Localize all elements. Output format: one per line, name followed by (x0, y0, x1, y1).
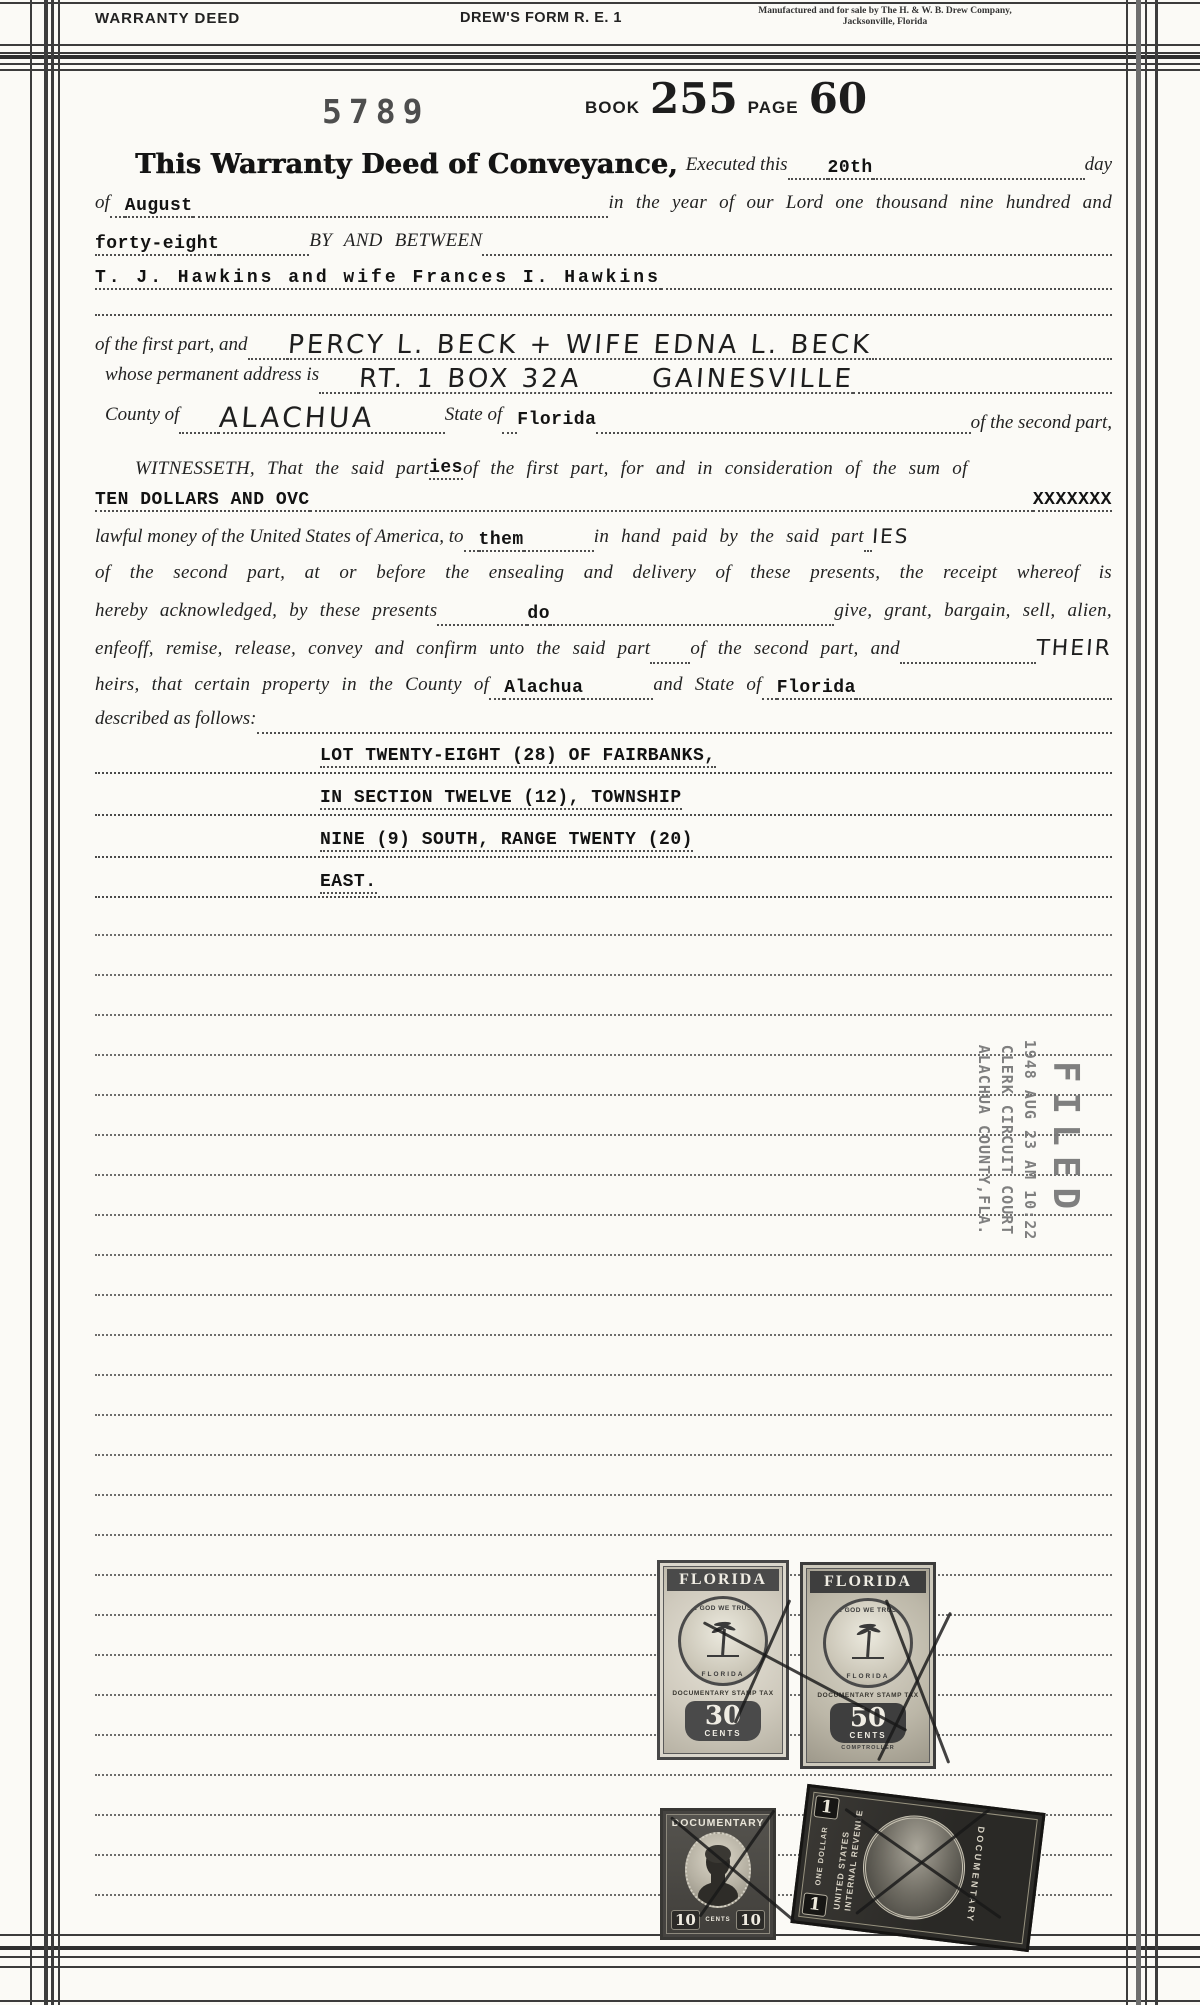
dotted-leader (179, 430, 219, 434)
county-typed: Alachua (504, 678, 583, 700)
form-title-left: WARRANTY DEED (95, 10, 240, 27)
florida-30c-stamp: FLORIDA IN GOD WE TRUST FLORIDA DOCUMENT… (657, 1560, 789, 1760)
ruled-line (95, 1334, 1112, 1336)
seal-motto: IN GOD WE TRUST (681, 1605, 765, 1612)
ruled-line (95, 1374, 1112, 1376)
deed-line-grantor: T. J. Hawkins and wife Frances I. Hawkin… (95, 262, 1112, 290)
acknowledged-post: give, grant, bargain, sell, alien, (834, 600, 1112, 626)
dotted-leader (375, 430, 445, 434)
border-line (0, 52, 1200, 54)
state-seal: IN GOD WE TRUST FLORIDA (823, 1598, 913, 1688)
us-10c-face: DOCUMENTARY 10 CENTS 10 (666, 1814, 770, 1934)
page-label: PAGE (748, 98, 799, 118)
stamp-type-label: DOCUMENTARY STAMP TAX (672, 1690, 773, 1697)
deed-line-county-state: County of ALACHUA State of Florida of th… (95, 398, 1112, 434)
ruled-line (95, 1454, 1112, 1456)
ruled-line (95, 1414, 1112, 1416)
dotted-leader (550, 622, 834, 626)
stamp-numeral-top: 1 (813, 1795, 840, 1820)
state-value: Florida (517, 410, 596, 434)
dotted-leader (873, 176, 1085, 180)
grantee-name-handwritten: PERCY L. BECK + WIFE EDNA L. BECK (287, 332, 873, 360)
deed-line-consideration: TEN DOLLARS AND OVC XXXXXXX (95, 486, 1112, 512)
description-text: LOT TWENTY-EIGHT (28) OF FAIRBANKS, (320, 746, 716, 768)
address-handwritten: RT. 1 BOX 32A (358, 366, 582, 394)
stamp-value-right: 10 (736, 1910, 765, 1930)
deed-line-blank (95, 296, 1112, 316)
description-text: IN SECTION TWELVE (12), TOWNSHIP (320, 788, 682, 810)
ruled-line (95, 1014, 1112, 1016)
stamp-numeral-bottom: 1 (802, 1892, 829, 1917)
their-handwritten: THEIR (1035, 638, 1112, 664)
form-number: DREW'S FORM R. E. 1 (460, 10, 622, 26)
border-line (0, 44, 1200, 46)
lawful-post: in hand paid by the said part (594, 526, 864, 552)
ies-handwritten: IES (871, 526, 910, 552)
enfeoff-mid: of the second part, and (690, 638, 900, 664)
state-label: State of (445, 404, 503, 434)
dotted-leader (482, 252, 1112, 256)
state-seal: IN GOD WE TRUST FLORIDA (678, 1596, 768, 1686)
executed-this-label: Executed this (686, 154, 788, 180)
witnesseth-post: of the first part, for and in considerat… (463, 458, 968, 480)
filed-stamp-text: FILED 1948 AUG 23 AM 10:22 CLERK CIRCUIT… (905, 1015, 1155, 1265)
dotted-leader (219, 252, 309, 256)
deed-line-enfeoff: enfeoff, remise, release, convey and con… (95, 634, 1112, 664)
filed-date: 1948 AUG 23 AM 10:22 (1018, 1015, 1041, 1265)
stamp-unit: CENTS (705, 1917, 730, 1923)
publisher-line2: Jacksonville, Florida (700, 17, 1070, 28)
consideration-amount: TEN DOLLARS AND OVC (95, 490, 310, 512)
do-typed: do (527, 604, 550, 626)
day-label: day (1085, 154, 1112, 180)
deed-line-heirs: heirs, that certain property in the Coun… (95, 672, 1112, 700)
filed-word: FILED (1041, 1015, 1088, 1265)
ruled-line (95, 1054, 1112, 1056)
dotted-leader (464, 548, 479, 552)
property-description-line: EAST. (95, 872, 1112, 898)
us-1-dollar-documentary-stamp: 1 ONE DOLLAR 1 UNITED STATES INTERNAL RE… (790, 1784, 1045, 1952)
grantor-name: T. J. Hawkins and wife Frances I. Hawkin… (95, 268, 661, 290)
border-line (1145, 0, 1147, 2005)
dotted-leader (95, 312, 1112, 316)
lawful-pre: lawful money of the United States of Ame… (95, 526, 464, 552)
border-line (0, 55, 1200, 59)
stamp-unit: CENTS (685, 1729, 761, 1738)
florida-50c-stamp: FLORIDA IN GOD WE TRUST FLORIDA DOCUMENT… (800, 1562, 936, 1769)
property-description-line: IN SECTION TWELVE (12), TOWNSHIP (95, 788, 1112, 816)
dotted-leader (257, 730, 1113, 734)
address-city-handwritten: GAINESVILLE (651, 366, 855, 394)
of-label: of (95, 192, 110, 218)
day-value: 20th (828, 158, 873, 180)
dotted-leader (582, 390, 652, 394)
deed-document-page: WARRANTY DEED DREW'S FORM R. E. 1 Manufa… (0, 0, 1200, 2005)
border-line (0, 1966, 1200, 1968)
deed-line-grantee: of the first part, and PERCY L. BECK + W… (95, 322, 1112, 360)
stamp-title: DOCUMENTARY (965, 1826, 987, 1924)
ruled-line (95, 1174, 1112, 1176)
property-description-line: LOT TWENTY-EIGHT (28) OF FAIRBANKS, (95, 746, 1112, 774)
state-typed: Florida (777, 678, 856, 700)
filed-county: ALACHUA COUNTY,FLA. (972, 1015, 995, 1265)
ruled-line (95, 1294, 1112, 1296)
property-description-line: NINE (9) SOUTH, RANGE TWENTY (20) (95, 830, 1112, 858)
ruled-line (95, 1654, 1112, 1656)
paid-to-typed: them (479, 530, 524, 552)
deed-line-acknowledged: hereby acknowledged, by these presents d… (95, 598, 1112, 626)
county-handwritten: ALACHUA (218, 404, 375, 434)
stamp-value: 30 (685, 1703, 761, 1729)
ruled-line (95, 934, 1112, 936)
border-line (0, 2, 1200, 4)
ruled-line (95, 1134, 1112, 1136)
month-value: August (125, 196, 193, 218)
seal-label: FLORIDA (681, 1671, 765, 1678)
witnesseth-pre: WITNESSETH, That the said part (95, 458, 429, 480)
deed-line-witnesseth: WITNESSETH, That the said part ies of th… (95, 452, 1112, 480)
deed-line-lawful-money: lawful money of the United States of Ame… (95, 522, 1112, 552)
ruled-line (95, 1734, 1112, 1736)
by-and-between-label: BY AND BETWEEN (309, 230, 482, 256)
dotted-leader (650, 660, 690, 664)
document-number-stamp: 5789 (322, 92, 429, 131)
portrait-icon (687, 1834, 749, 1906)
stamp-state-name: FLORIDA (810, 1571, 926, 1593)
ruled-line (95, 1094, 1112, 1096)
page-value: 60 (809, 74, 867, 123)
county-label: County of (95, 404, 179, 434)
filed-clerk: CLERK CIRCUIT COURT (995, 1015, 1018, 1265)
dotted-leader (310, 508, 1033, 512)
stamp-state-name: FLORIDA (667, 1569, 779, 1591)
year-text: in the year of our Lord one thousand nin… (608, 192, 1112, 218)
border-line (0, 1956, 1200, 1958)
stamp-unit: CENTS (830, 1731, 906, 1740)
ruled-line (95, 1214, 1112, 1216)
border-line (0, 69, 1200, 71)
heirs-pre: heirs, that certain property in the Coun… (95, 674, 489, 700)
border-line (44, 0, 48, 2005)
described-as-label: described as follows: (95, 708, 257, 734)
us-1-dollar-face: 1 ONE DOLLAR 1 UNITED STATES INTERNAL RE… (798, 1792, 1038, 1945)
ruled-line (95, 974, 1112, 976)
publisher-info: Manufactured and for sale by The H. & W.… (700, 6, 1070, 28)
deed-line-address: whose permanent address is RT. 1 BOX 32A… (95, 360, 1112, 394)
address-label: whose permanent address is (95, 364, 319, 394)
consideration-strikeout: XXXXXXX (1033, 490, 1112, 512)
dotted-leader (856, 696, 1112, 700)
dotted-leader (762, 696, 777, 700)
description-text: EAST. (320, 872, 377, 894)
dotted-leader (900, 660, 1036, 664)
stamp-denomination-row: 10 CENTS 10 (667, 1908, 769, 1930)
first-part-label: of the first part, and (95, 334, 248, 360)
deed-line-month: of August in the year of our Lord one th… (95, 188, 1112, 218)
acknowledged-pre: hereby acknowledged, by these presents (95, 600, 437, 626)
description-text: NINE (9) SOUTH, RANGE TWENTY (20) (320, 830, 693, 852)
stamp-denomination: ONE DOLLAR (813, 1826, 829, 1886)
book-page-stamp: BOOK 255 PAGE 60 (585, 74, 877, 123)
deed-line-described: described as follows: (95, 710, 1112, 734)
and-state-of-label: and State of (653, 674, 761, 700)
border-line (51, 0, 54, 2005)
parties-ies-typed: ies (429, 458, 463, 480)
seal-motto: IN GOD WE TRUST (826, 1607, 910, 1614)
dotted-leader (489, 696, 504, 700)
dotted-leader (583, 696, 653, 700)
seal-label: FLORIDA (826, 1673, 910, 1680)
deed-line-title: This Warranty Deed of Conveyance, Execut… (95, 148, 1112, 180)
ruled-line (95, 1774, 1112, 1776)
border-line (1126, 0, 1128, 2005)
dotted-leader (661, 286, 1112, 290)
ruled-line (95, 1574, 1112, 1576)
portrait-frame (685, 1832, 751, 1908)
border-line (0, 2000, 1200, 2002)
filed-stamp: FILED 1948 AUG 23 AM 10:22 CLERK CIRCUIT… (905, 1015, 1155, 1265)
ruled-line (95, 1694, 1112, 1696)
dotted-leader (596, 430, 970, 434)
deed-line-ensealing: of the second part, at or before the ens… (95, 562, 1112, 586)
dotted-leader (437, 622, 527, 626)
dotted-leader (502, 430, 517, 434)
ruled-line (95, 1494, 1112, 1496)
border-line (1155, 0, 1158, 2005)
dotted-leader (853, 390, 1112, 394)
border-line (0, 63, 1200, 65)
dotted-leader (193, 214, 609, 218)
year-value: forty-eight (95, 234, 219, 256)
border-line (1136, 0, 1141, 2005)
deed-line-year: forty-eight BY AND BETWEEN (95, 226, 1112, 256)
dotted-leader (110, 214, 125, 218)
dotted-leader (788, 176, 828, 180)
border-line (58, 0, 60, 2005)
border-line (30, 0, 32, 2005)
stamp-value-panel: 30 CENTS (685, 1701, 761, 1741)
ruled-line (95, 1534, 1112, 1536)
florida-30c-face: FLORIDA IN GOD WE TRUST FLORIDA DOCUMENT… (663, 1566, 783, 1754)
book-value: 255 (650, 74, 738, 123)
dotted-leader (524, 548, 594, 552)
publisher-line1: Manufactured and for sale by The H. & W.… (700, 6, 1070, 17)
enfeoff-pre: enfeoff, remise, release, convey and con… (95, 638, 650, 664)
dotted-leader (319, 390, 359, 394)
ruled-line (95, 1254, 1112, 1256)
book-label: BOOK (585, 98, 640, 118)
stamp-value-left: 10 (671, 1910, 700, 1930)
ruled-line (95, 1614, 1112, 1616)
second-part-label: of the second part, (971, 412, 1112, 434)
deed-title: This Warranty Deed of Conveyance, (95, 149, 686, 180)
